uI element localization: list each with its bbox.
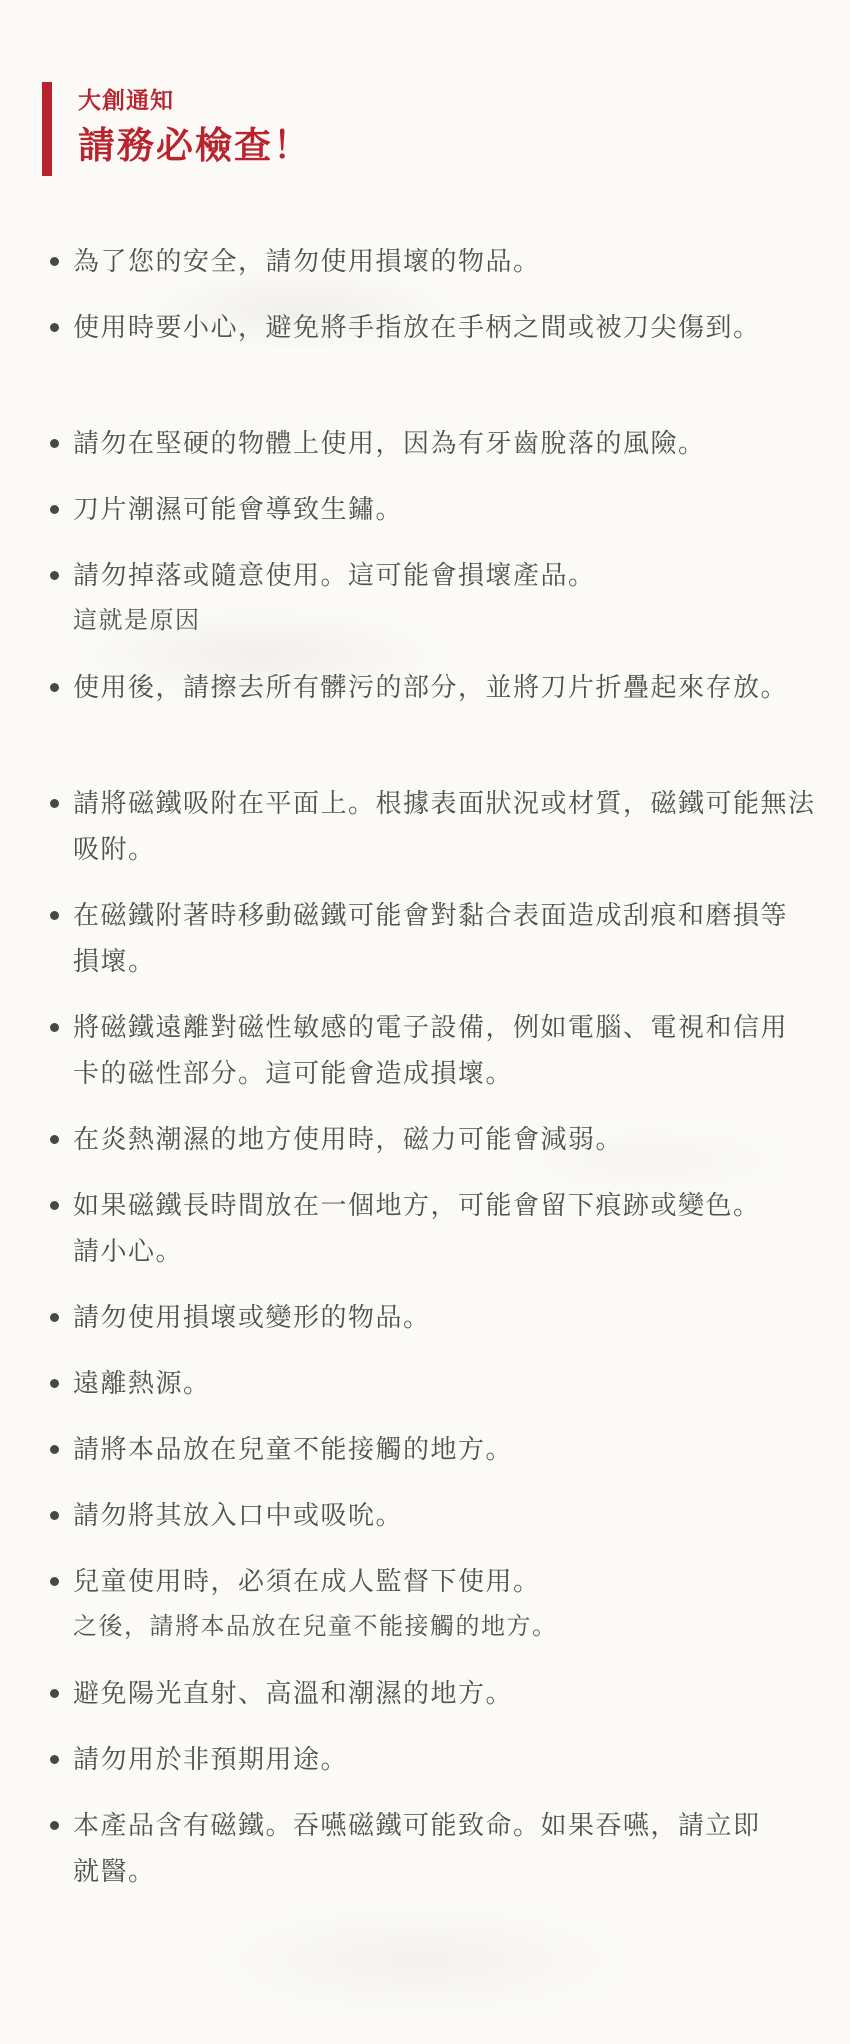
notice-text-block: 在炎熱潮濕的地方使用時，磁力可能會減弱。 <box>73 1116 623 1162</box>
notice-item: 在炎熱潮濕的地方使用時，磁力可能會減弱。 <box>50 1116 795 1162</box>
notice-text-block: 請勿在堅硬的物體上使用，因為有牙齒脫落的風險。 <box>73 420 706 466</box>
notice-text-block: 在磁鐵附著時移動磁鐵可能會對黏合表面造成刮痕和磨損等損壞。 <box>73 892 788 984</box>
bullet-dot-icon <box>50 799 59 808</box>
bullet-dot-icon <box>50 323 59 332</box>
notice-item: 刀片潮濕可能會導致生鏽。 <box>50 486 795 532</box>
notice-text-block: 使用時要小心，避免將手指放在手柄之間或被刀尖傷到。 <box>73 304 761 350</box>
header-text-block: 大創通知 請務必檢查！ <box>78 82 312 176</box>
bullet-dot-icon <box>50 1689 59 1698</box>
notice-line: 遠離熱源。 <box>73 1360 211 1406</box>
bullet-dot-icon <box>50 911 59 920</box>
notice-text-block: 請將磁鐵吸附在平面上。根據表面狀況或材質，磁鐵可能無法吸附。 <box>73 780 816 872</box>
notice-title: 請務必檢查！ <box>78 125 312 167</box>
notice-text-block: 避免陽光直射、高溫和潮濕的地方。 <box>73 1670 513 1716</box>
notice-line: 避免陽光直射、高溫和潮濕的地方。 <box>73 1670 513 1716</box>
notice-line: 吸附。 <box>73 826 816 872</box>
notice-text-block: 請勿將其放入口中或吸吮。 <box>73 1492 403 1538</box>
notice-line: 兒童使用時，必須在成人監督下使用。 <box>73 1558 558 1604</box>
notice-item: 請勿在堅硬的物體上使用，因為有牙齒脫落的風險。 <box>50 420 795 466</box>
notice-subline: 之後，請將本品放在兒童不能接觸的地方。 <box>73 1604 558 1650</box>
notice-item: 將磁鐵遠離對磁性敏感的電子設備，例如電腦、電視和信用卡的磁性部分。這可能會造成損… <box>50 1004 795 1096</box>
notice-line: 刀片潮濕可能會導致生鏽。 <box>73 486 403 532</box>
notice-line: 請勿使用損壞或變形的物品。 <box>73 1294 431 1340</box>
notice-text-block: 請勿用於非預期用途。 <box>73 1736 348 1782</box>
notice-item: 請勿將其放入口中或吸吮。 <box>50 1492 795 1538</box>
notice-header: 大創通知 請務必檢查！ <box>42 82 795 176</box>
notice-item: 為了您的安全，請勿使用損壞的物品。 <box>50 238 795 284</box>
notice-line: 使用後，請擦去所有髒污的部分，並將刀片折疊起來存放。 <box>73 664 788 710</box>
notice-line: 請小心。 <box>73 1228 761 1274</box>
bullet-dot-icon <box>50 1577 59 1586</box>
notice-item: 在磁鐵附著時移動磁鐵可能會對黏合表面造成刮痕和磨損等損壞。 <box>50 892 795 984</box>
bullet-dot-icon <box>50 1445 59 1454</box>
bullet-dot-icon <box>50 571 59 580</box>
bullet-dot-icon <box>50 1379 59 1388</box>
notice-text-block: 請勿掉落或隨意使用。這可能會損壞產品。這就是原因 <box>73 552 596 644</box>
notice-item: 避免陽光直射、高溫和潮濕的地方。 <box>50 1670 795 1716</box>
bullet-dot-icon <box>50 683 59 692</box>
notice-line: 本產品含有磁鐵。吞嚥磁鐵可能致命。如果吞嚥，請立即 <box>73 1802 761 1848</box>
notice-list: 為了您的安全，請勿使用損壞的物品。 使用時要小心，避免將手指放在手柄之間或被刀尖… <box>42 238 795 1894</box>
notice-document: 大創通知 請務必檢查！ 為了您的安全，請勿使用損壞的物品。 使用時要小心，避免將… <box>0 0 850 1894</box>
notice-text-block: 刀片潮濕可能會導致生鏽。 <box>73 486 403 532</box>
bullet-dot-icon <box>50 505 59 514</box>
notice-line: 請勿掉落或隨意使用。這可能會損壞產品。 <box>73 552 596 598</box>
notice-subline: 這就是原因 <box>73 598 596 644</box>
notice-text-block: 本產品含有磁鐵。吞嚥磁鐵可能致命。如果吞嚥，請立即就醫。 <box>73 1802 761 1894</box>
notice-item: 本產品含有磁鐵。吞嚥磁鐵可能致命。如果吞嚥，請立即就醫。 <box>50 1802 795 1894</box>
notice-item: 兒童使用時，必須在成人監督下使用。之後，請將本品放在兒童不能接觸的地方。 <box>50 1558 795 1650</box>
notice-line: 卡的磁性部分。這可能會造成損壞。 <box>73 1050 788 1096</box>
notice-line: 請勿將其放入口中或吸吮。 <box>73 1492 403 1538</box>
notice-item: 請將磁鐵吸附在平面上。根據表面狀況或材質，磁鐵可能無法吸附。 <box>50 780 795 872</box>
bullet-dot-icon <box>50 1023 59 1032</box>
notice-text-block: 遠離熱源。 <box>73 1360 211 1406</box>
bullet-dot-icon <box>50 1201 59 1210</box>
notice-text-block: 使用後，請擦去所有髒污的部分，並將刀片折疊起來存放。 <box>73 664 788 710</box>
header-accent-bar <box>42 82 52 176</box>
notice-item: 如果磁鐵長時間放在一個地方，可能會留下痕跡或變色。請小心。 <box>50 1182 795 1274</box>
notice-line: 使用時要小心，避免將手指放在手柄之間或被刀尖傷到。 <box>73 304 761 350</box>
notice-line: 請將本品放在兒童不能接觸的地方。 <box>73 1426 513 1472</box>
notice-line: 為了您的安全，請勿使用損壞的物品。 <box>73 238 541 284</box>
notice-item: 使用後，請擦去所有髒污的部分，並將刀片折疊起來存放。 <box>50 664 795 710</box>
notice-line: 請將磁鐵吸附在平面上。根據表面狀況或材質，磁鐵可能無法 <box>73 780 816 826</box>
notice-line: 就醫。 <box>73 1848 761 1894</box>
bullet-dot-icon <box>50 1313 59 1322</box>
notice-line: 如果磁鐵長時間放在一個地方，可能會留下痕跡或變色。 <box>73 1182 761 1228</box>
bullet-dot-icon <box>50 1755 59 1764</box>
notice-item: 請勿使用損壞或變形的物品。 <box>50 1294 795 1340</box>
bullet-dot-icon <box>50 257 59 266</box>
notice-item: 使用時要小心，避免將手指放在手柄之間或被刀尖傷到。 <box>50 304 795 350</box>
notice-line: 損壞。 <box>73 938 788 984</box>
bullet-dot-icon <box>50 1821 59 1830</box>
notice-line: 將磁鐵遠離對磁性敏感的電子設備，例如電腦、電視和信用 <box>73 1004 788 1050</box>
notice-text-block: 為了您的安全，請勿使用損壞的物品。 <box>73 238 541 284</box>
notice-text-block: 請勿使用損壞或變形的物品。 <box>73 1294 431 1340</box>
bullet-dot-icon <box>50 439 59 448</box>
notice-item: 請勿用於非預期用途。 <box>50 1736 795 1782</box>
notice-kicker: 大創通知 <box>78 87 312 113</box>
scanned-notice-page: { "meta": { "background_color": "#fbfaf7… <box>0 0 850 2044</box>
notice-item: 請勿掉落或隨意使用。這可能會損壞產品。這就是原因 <box>50 552 795 644</box>
notice-line: 在磁鐵附著時移動磁鐵可能會對黏合表面造成刮痕和磨損等 <box>73 892 788 938</box>
notice-item: 請將本品放在兒童不能接觸的地方。 <box>50 1426 795 1472</box>
notice-line: 請勿在堅硬的物體上使用，因為有牙齒脫落的風險。 <box>73 420 706 466</box>
notice-item: 遠離熱源。 <box>50 1360 795 1406</box>
notice-line: 請勿用於非預期用途。 <box>73 1736 348 1782</box>
notice-text-block: 請將本品放在兒童不能接觸的地方。 <box>73 1426 513 1472</box>
bullet-dot-icon <box>50 1135 59 1144</box>
bullet-dot-icon <box>50 1511 59 1520</box>
notice-line: 在炎熱潮濕的地方使用時，磁力可能會減弱。 <box>73 1116 623 1162</box>
notice-text-block: 如果磁鐵長時間放在一個地方，可能會留下痕跡或變色。請小心。 <box>73 1182 761 1274</box>
notice-text-block: 兒童使用時，必須在成人監督下使用。之後，請將本品放在兒童不能接觸的地方。 <box>73 1558 558 1650</box>
notice-text-block: 將磁鐵遠離對磁性敏感的電子設備，例如電腦、電視和信用卡的磁性部分。這可能會造成損… <box>73 1004 788 1096</box>
